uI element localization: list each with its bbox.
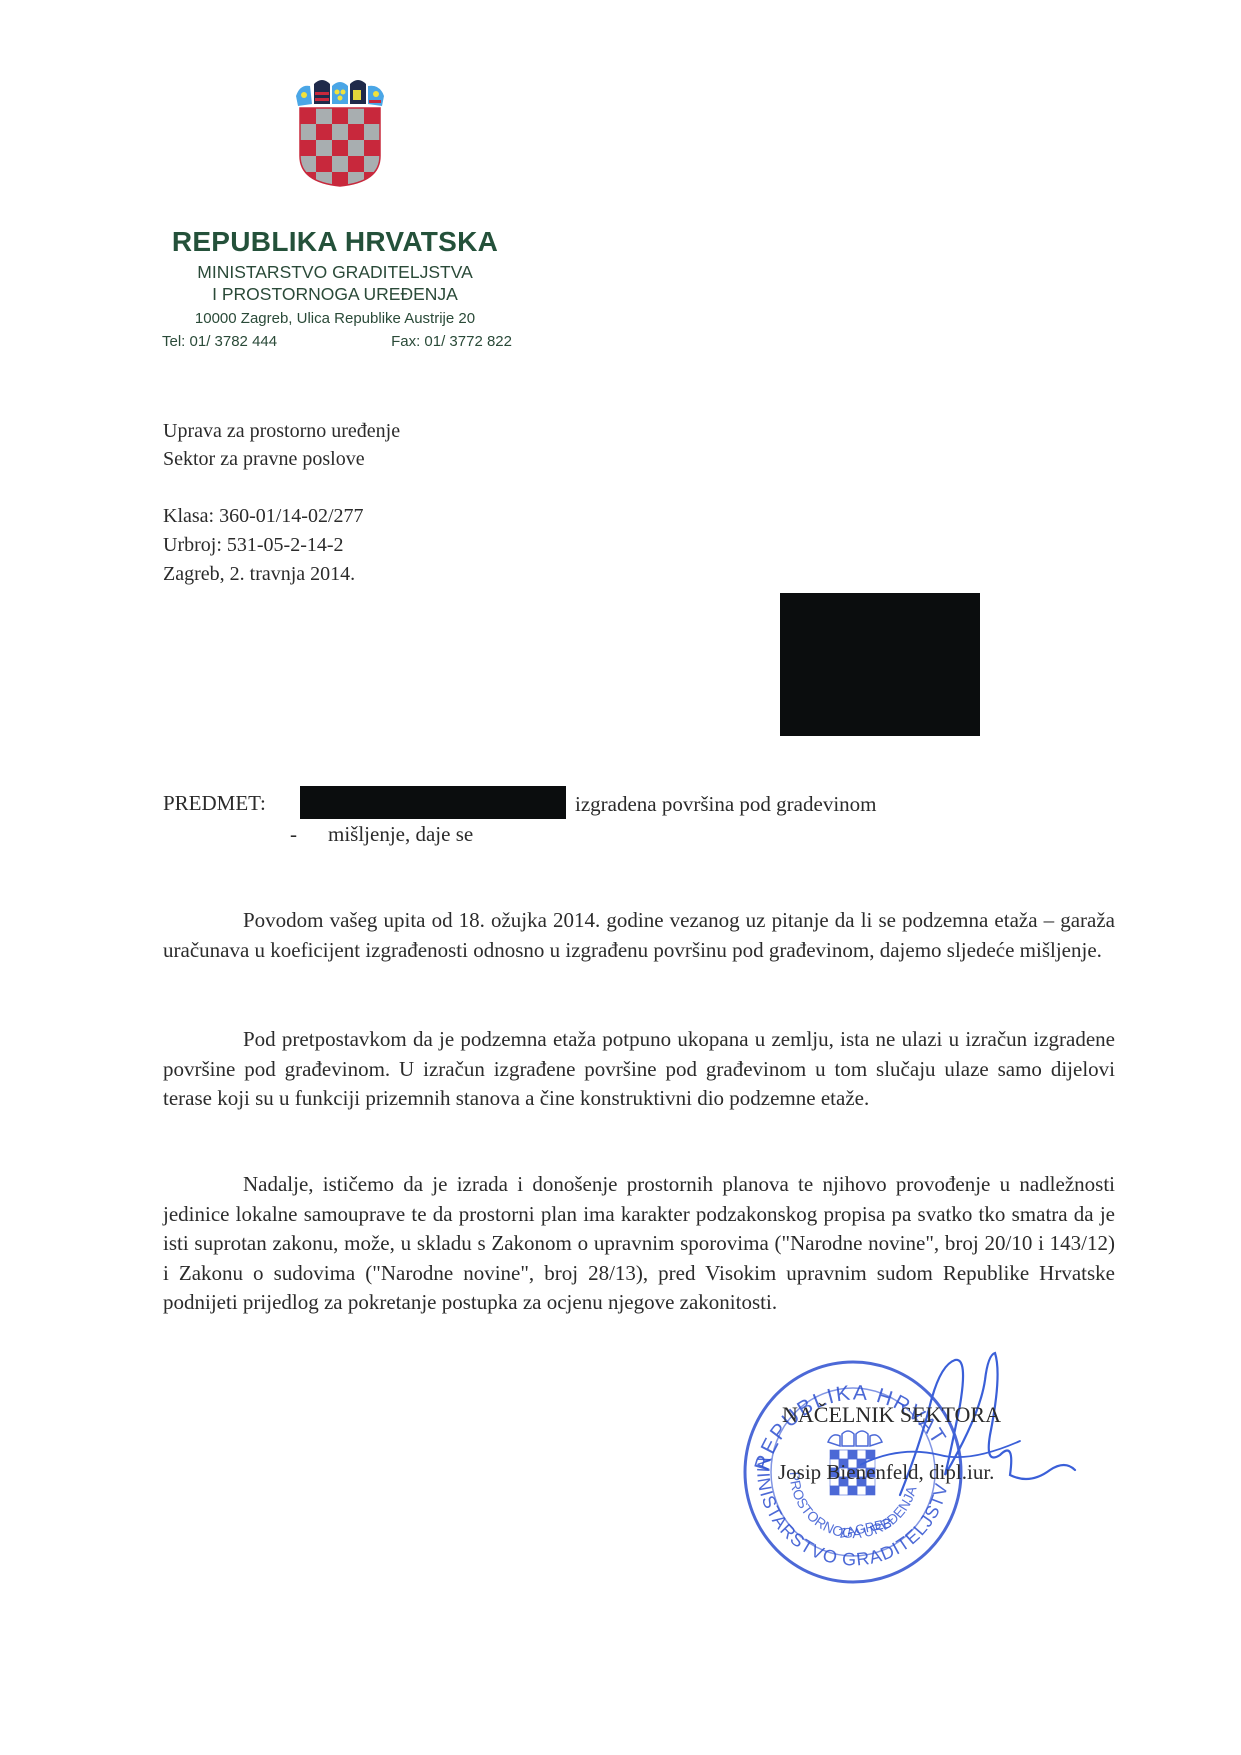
document-date: Zagreb, 2. travnja 2014.: [163, 563, 355, 586]
subject-dash: -: [290, 822, 328, 847]
contact-line: Tel: 01/ 3782 444 Fax: 01/ 3772 822: [162, 333, 512, 350]
telephone: Tel: 01/ 3782 444: [162, 333, 277, 350]
redacted-subject-name: [300, 786, 566, 819]
fax: Fax: 01/ 3772 822: [391, 333, 512, 350]
subject-subline-text: mišljenje, daje se: [328, 822, 473, 846]
ministry-name-line1: MINISTARSTVO GRADITELJSTVA: [150, 262, 520, 283]
body-paragraph: Povodom vašeg upita od 18. ožujka 2014. …: [163, 906, 1115, 965]
subject-label: PREDMET:: [163, 791, 266, 816]
signatory-title: NAČELNIK SEKTORA: [782, 1402, 1001, 1428]
ministry-address: 10000 Zagreb, Ulica Republike Austrije 2…: [150, 310, 520, 327]
signatory-name: Josip Bienenfeld, dipl.iur.: [778, 1460, 994, 1485]
redacted-recipient-address: [780, 593, 980, 736]
subject-subline: -mišljenje, daje se: [290, 822, 473, 847]
coat-of-arms-icon: [290, 78, 390, 188]
ministry-name-line2: I PROSTORNOGA UREĐENJA: [150, 284, 520, 305]
country-title: REPUBLIKA HRVATSKA: [150, 226, 520, 258]
department: Uprava za prostorno uređenje: [163, 420, 400, 443]
sector: Sektor za pravne poslove: [163, 448, 365, 471]
subject-text: izgradena površina pod gradevinom: [575, 792, 877, 817]
klasa-reference: Klasa: 360-01/14-02/277: [163, 505, 364, 528]
body-paragraph: Nadalje, ističemo da je izrada i donošen…: [163, 1170, 1115, 1318]
body-paragraph: Pod pretpostavkom da je podzemna etaža p…: [163, 1025, 1115, 1114]
urbroj-reference: Urbroj: 531-05-2-14-2: [163, 534, 344, 557]
